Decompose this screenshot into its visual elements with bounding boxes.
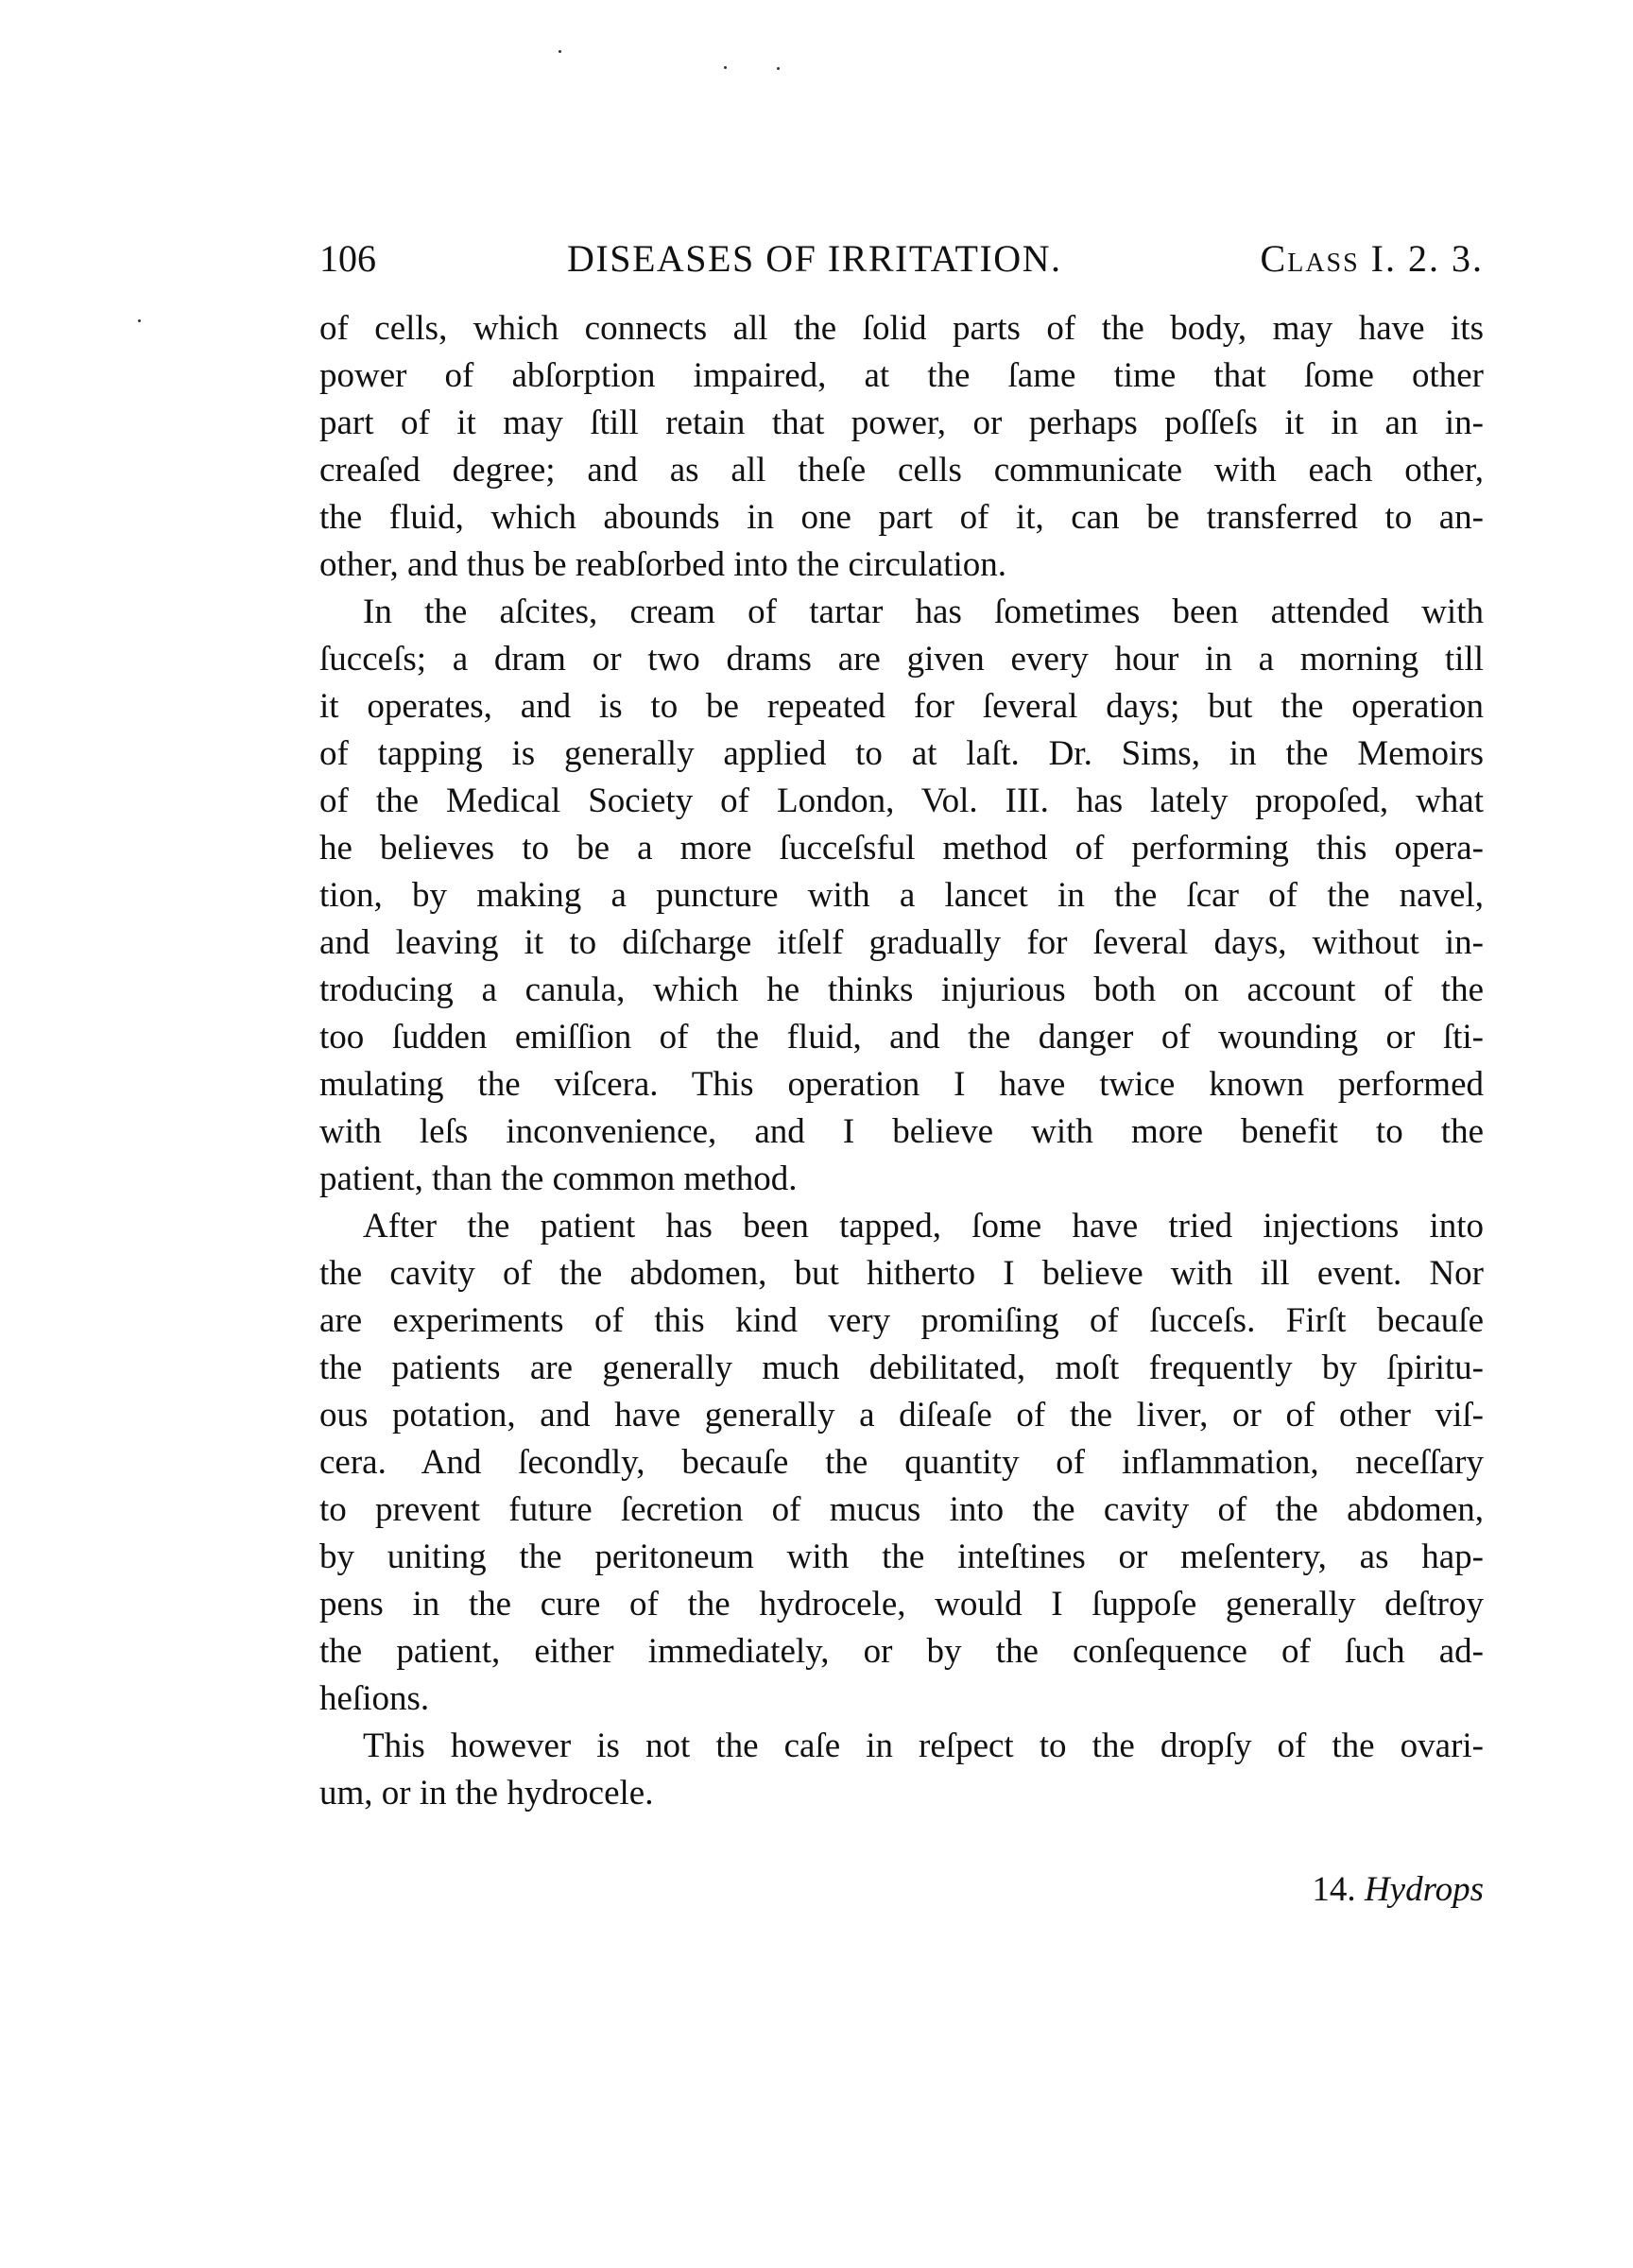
text-line: the cavity of the abdomen, but hitherto … xyxy=(319,1250,1484,1297)
running-head-title: DISEASES OF IRRITATION. xyxy=(567,234,1062,283)
text-line: too ſudden emiſſion of the fluid, and th… xyxy=(319,1014,1484,1061)
text-line: of tapping is generally applied to at la… xyxy=(319,730,1484,778)
text-line: are experiments of this kind very promiſ… xyxy=(319,1297,1484,1345)
text-line: After the patient has been tapped, ſome … xyxy=(319,1203,1484,1250)
paragraph-4: This however is not the caſe in reſpect … xyxy=(319,1723,1484,1817)
text-line: other, and thus be reabſorbed into the c… xyxy=(319,541,1484,589)
print-speck xyxy=(777,67,780,70)
text-line: This however is not the caſe in reſpect … xyxy=(319,1723,1484,1770)
text-line: the fluid, which abounds in one part of … xyxy=(319,494,1484,541)
text-line: cera. And ſecondly, becauſe the quantity… xyxy=(319,1439,1484,1486)
page-number: 106 xyxy=(319,234,376,283)
book-page: 106 DISEASES OF IRRITATION. Class I. 2. … xyxy=(319,234,1484,1817)
text-line: by uniting the peritoneum with the inteſ… xyxy=(319,1534,1484,1581)
text-line: um, or in the hydrocele. xyxy=(319,1770,1484,1817)
print-speck xyxy=(559,50,561,53)
text-line: part of it may ſtill retain that power, … xyxy=(319,400,1484,447)
text-line: patient, than the common method. xyxy=(319,1156,1484,1203)
text-line: the patient, either immediately, or by t… xyxy=(319,1628,1484,1675)
text-line: creaſed degree; and as all theſe cells c… xyxy=(319,447,1484,494)
text-line: the patients are generally much debilita… xyxy=(319,1345,1484,1392)
paragraph-3: After the patient has been tapped, ſome … xyxy=(319,1203,1484,1723)
text-line: to prevent future ſecretion of mucus int… xyxy=(319,1486,1484,1534)
class-reference: Class I. 2. 3. xyxy=(1261,234,1484,283)
text-line: In the aſcites, cream of tartar has ſome… xyxy=(319,589,1484,636)
text-line: mulating the viſcera. This operation I h… xyxy=(319,1061,1484,1108)
print-speck xyxy=(138,319,141,322)
text-line: of cells, which connects all the ſolid p… xyxy=(319,305,1484,352)
text-line: and leaving it to diſcharge itſelf gradu… xyxy=(319,919,1484,967)
text-line: with leſs inconvenience, and I believe w… xyxy=(319,1108,1484,1156)
paragraph-1: of cells, which connects all the ſolid p… xyxy=(319,305,1484,589)
catchword: 14. Hydrops xyxy=(1312,1866,1484,1914)
text-line: of the Medical Society of London, Vol. I… xyxy=(319,778,1484,825)
text-line: it operates, and is to be repeated for ſ… xyxy=(319,683,1484,730)
text-line: tion, by making a puncture with a lancet… xyxy=(319,872,1484,919)
text-line: pens in the cure of the hydrocele, would… xyxy=(319,1581,1484,1628)
paragraph-2: In the aſcites, cream of tartar has ſome… xyxy=(319,589,1484,1203)
text-line: he believes to be a more ſucceſsful meth… xyxy=(319,825,1484,872)
text-line: troducing a canula, which he thinks inju… xyxy=(319,967,1484,1014)
text-line: heſions. xyxy=(319,1675,1484,1723)
body-text: of cells, which connects all the ſolid p… xyxy=(319,305,1484,1817)
running-head: 106 DISEASES OF IRRITATION. Class I. 2. … xyxy=(319,234,1484,283)
catchword-number: 14. xyxy=(1312,1870,1355,1909)
text-line: ſucceſs; a dram or two drams are given e… xyxy=(319,636,1484,683)
catchword-word: Hydrops xyxy=(1365,1870,1484,1909)
print-speck xyxy=(724,66,727,69)
text-line: ous potation, and have generally a diſea… xyxy=(319,1392,1484,1439)
text-line: power of abſorption impaired, at the ſam… xyxy=(319,352,1484,400)
